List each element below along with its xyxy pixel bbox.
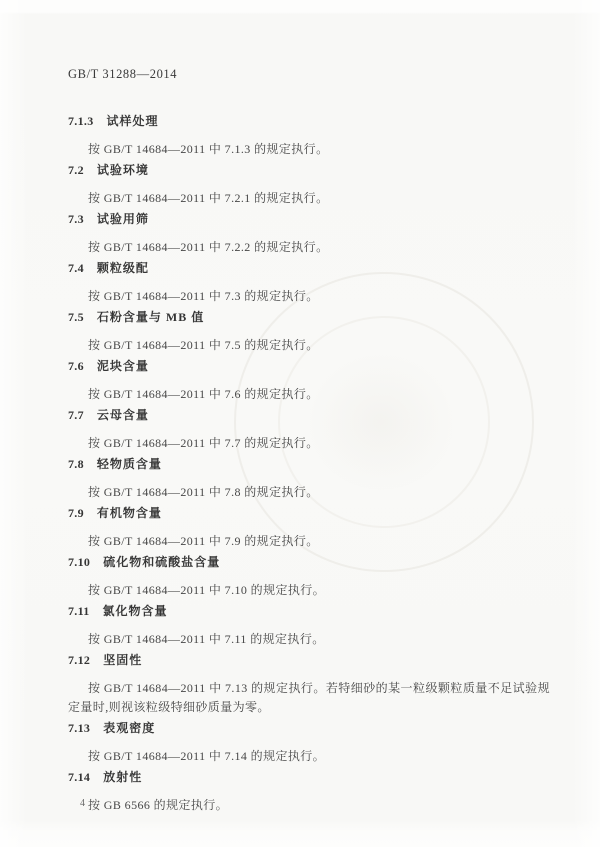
section-body-paragraph: 按 GB/T 14684—2011 中 7.13 的规定执行。若特细砂的某一粒级… xyxy=(68,679,550,717)
section-number: 7.5 xyxy=(68,309,84,325)
section-heading: 7.13表观密度 xyxy=(68,720,550,736)
section-title: 试验环境 xyxy=(97,163,149,177)
section-body-paragraph: 按 GB/T 14684—2011 中 7.9 的规定执行。 xyxy=(68,532,550,551)
section-title: 轻物质含量 xyxy=(97,457,162,471)
section-body-paragraph: 按 GB/T 14684—2011 中 7.2.2 的规定执行。 xyxy=(68,238,550,257)
standard-section: 7.12坚固性 按 GB/T 14684—2011 中 7.13 的规定执行。若… xyxy=(68,652,550,717)
section-title: 试验用筛 xyxy=(97,212,149,226)
standard-section: 7.4颗粒级配 按 GB/T 14684—2011 中 7.3 的规定执行。 xyxy=(68,260,550,306)
section-body-paragraph: 按 GB/T 14684—2011 中 7.5 的规定执行。 xyxy=(68,336,550,355)
section-body-paragraph: 按 GB 6566 的规定执行。 xyxy=(68,796,550,815)
section-heading: 7.5石粉含量与 MB 值 xyxy=(68,309,550,325)
section-number: 7.6 xyxy=(68,358,84,374)
section-body-paragraph: 按 GB/T 14684—2011 中 7.2.1 的规定执行。 xyxy=(68,189,550,208)
document-number-header: GB/T 31288—2014 xyxy=(68,66,550,82)
section-title: 放射性 xyxy=(103,770,142,784)
section-heading: 7.4颗粒级配 xyxy=(68,260,550,276)
section-heading: 7.3试验用筛 xyxy=(68,211,550,227)
section-body-paragraph: 按 GB/T 14684—2011 中 7.6 的规定执行。 xyxy=(68,385,550,404)
page-number: 4 xyxy=(80,798,85,810)
section-number: 7.8 xyxy=(68,456,84,472)
section-body-paragraph: 按 GB/T 14684—2011 中 7.10 的规定执行。 xyxy=(68,581,550,600)
scanned-standard-page: GB/T 31288—2014 7.1.3试样处理 按 GB/T 14684—2… xyxy=(0,0,600,847)
section-heading: 7.10硫化物和硫酸盐含量 xyxy=(68,554,550,570)
standard-section: 7.7云母含量 按 GB/T 14684—2011 中 7.7 的规定执行。 xyxy=(68,407,550,453)
standard-section: 7.6泥块含量 按 GB/T 14684—2011 中 7.6 的规定执行。 xyxy=(68,358,550,404)
standard-section: 7.13表观密度 按 GB/T 14684—2011 中 7.14 的规定执行。 xyxy=(68,720,550,766)
section-title: 氯化物含量 xyxy=(103,604,168,618)
standard-section: 7.1.3试样处理 按 GB/T 14684—2011 中 7.1.3 的规定执… xyxy=(68,113,550,159)
standard-section: 7.14放射性 按 GB 6566 的规定执行。 xyxy=(68,769,550,815)
section-body-paragraph: 按 GB/T 14684—2011 中 7.8 的规定执行。 xyxy=(68,483,550,502)
standard-section: 7.3试验用筛 按 GB/T 14684—2011 中 7.2.2 的规定执行。 xyxy=(68,211,550,257)
section-title: 云母含量 xyxy=(97,408,149,422)
section-number: 7.2 xyxy=(68,162,84,178)
section-heading: 7.14放射性 xyxy=(68,769,550,785)
section-body-paragraph: 按 GB/T 14684—2011 中 7.1.3 的规定执行。 xyxy=(68,140,550,159)
section-body-paragraph: 按 GB/T 14684—2011 中 7.14 的规定执行。 xyxy=(68,747,550,766)
section-number: 7.1.3 xyxy=(68,113,94,129)
section-body-paragraph: 按 GB/T 14684—2011 中 7.7 的规定执行。 xyxy=(68,434,550,453)
standard-section: 7.5石粉含量与 MB 值 按 GB/T 14684—2011 中 7.5 的规… xyxy=(68,309,550,355)
section-title: 有机物含量 xyxy=(97,506,162,520)
section-number: 7.10 xyxy=(68,554,90,570)
section-heading: 7.12坚固性 xyxy=(68,652,550,668)
standard-section: 7.11氯化物含量 按 GB/T 14684—2011 中 7.11 的规定执行… xyxy=(68,603,550,649)
section-number: 7.3 xyxy=(68,211,84,227)
section-heading: 7.6泥块含量 xyxy=(68,358,550,374)
section-number: 7.11 xyxy=(68,603,90,619)
section-number: 7.9 xyxy=(68,505,84,521)
section-number: 7.7 xyxy=(68,407,84,423)
section-heading: 7.11氯化物含量 xyxy=(68,603,550,619)
section-heading: 7.8轻物质含量 xyxy=(68,456,550,472)
section-title: 颗粒级配 xyxy=(97,261,149,275)
section-title: 表观密度 xyxy=(103,721,155,735)
section-heading: 7.7云母含量 xyxy=(68,407,550,423)
section-heading: 7.9有机物含量 xyxy=(68,505,550,521)
standard-section: 7.10硫化物和硫酸盐含量 按 GB/T 14684—2011 中 7.10 的… xyxy=(68,554,550,600)
section-heading: 7.1.3试样处理 xyxy=(68,113,550,129)
section-number: 7.12 xyxy=(68,652,90,668)
sections-list: 7.1.3试样处理 按 GB/T 14684—2011 中 7.1.3 的规定执… xyxy=(68,113,550,815)
standard-section: 7.2试验环境 按 GB/T 14684—2011 中 7.2.1 的规定执行。 xyxy=(68,162,550,208)
standard-section: 7.9有机物含量 按 GB/T 14684—2011 中 7.9 的规定执行。 xyxy=(68,505,550,551)
section-body-paragraph: 按 GB/T 14684—2011 中 7.3 的规定执行。 xyxy=(68,287,550,306)
section-title: 泥块含量 xyxy=(97,359,149,373)
page-content: GB/T 31288—2014 7.1.3试样处理 按 GB/T 14684—2… xyxy=(68,66,550,818)
section-number: 7.13 xyxy=(68,720,90,736)
section-title: 石粉含量与 MB 值 xyxy=(97,310,204,324)
section-number: 7.14 xyxy=(68,769,90,785)
standard-section: 7.8轻物质含量 按 GB/T 14684—2011 中 7.8 的规定执行。 xyxy=(68,456,550,502)
section-title: 硫化物和硫酸盐含量 xyxy=(103,555,220,569)
section-body-paragraph: 按 GB/T 14684—2011 中 7.11 的规定执行。 xyxy=(68,630,550,649)
section-number: 7.4 xyxy=(68,260,84,276)
section-title: 坚固性 xyxy=(103,653,142,667)
section-heading: 7.2试验环境 xyxy=(68,162,550,178)
section-title: 试样处理 xyxy=(107,114,159,128)
